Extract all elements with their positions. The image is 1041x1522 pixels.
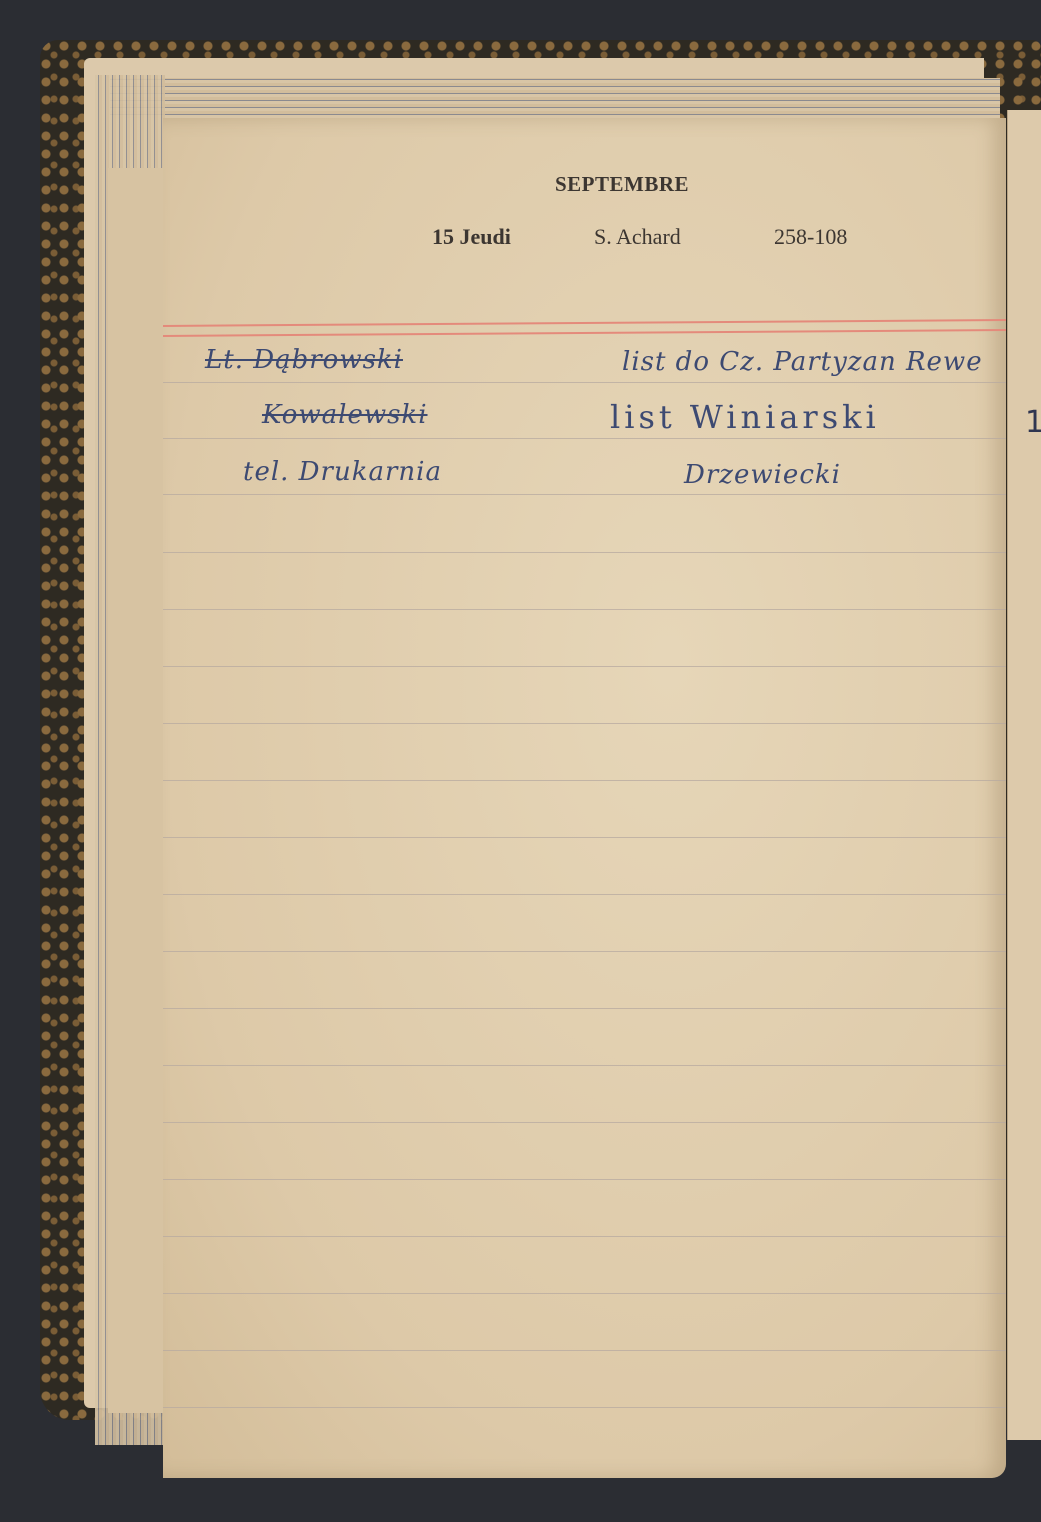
ruled-line: [163, 951, 1006, 952]
ruled-line: [163, 1350, 1006, 1351]
ruled-line: [163, 382, 1006, 383]
handwritten-entry-struck: Kowalewski: [262, 400, 428, 430]
facing-page: [1007, 110, 1041, 1440]
ruled-line: [163, 1293, 1006, 1294]
handwritten-entry-struck: Lt. Dąbrowski: [205, 345, 403, 375]
date-line: 15 Jeudi: [432, 224, 511, 250]
handwritten-entry: tel. Drukarnia: [243, 457, 442, 487]
ruled-line: [163, 1179, 1006, 1180]
ruled-line: [163, 552, 1006, 553]
ruled-line: [163, 894, 1006, 895]
ruled-line: [163, 494, 1006, 495]
diary-page: [163, 118, 1006, 1478]
ruled-line: [163, 1065, 1006, 1066]
ruled-line: [163, 438, 1006, 439]
month-heading: SEPTEMBRE: [555, 172, 689, 197]
ruled-line: [163, 666, 1006, 667]
ruled-line: [163, 1122, 1006, 1123]
saint-name: S. Achard: [594, 224, 681, 250]
ruled-line: [163, 1236, 1006, 1237]
page-edges-top: [110, 78, 1000, 118]
underlying-page-tab: [108, 168, 167, 1413]
day-number: 15: [432, 224, 454, 249]
ruled-line: [163, 1008, 1006, 1009]
red-rule-bottom: [163, 329, 1006, 337]
handwritten-entry: list do Cz. Partyzan Rewe: [622, 347, 983, 377]
ruled-line: [163, 1407, 1006, 1408]
facing-page-text-fragment: 1(: [1025, 405, 1041, 440]
handwritten-entry: list Winiarski: [610, 398, 880, 436]
day-counter: 258-108: [774, 224, 847, 250]
red-rule-top: [163, 319, 1006, 327]
handwritten-entry: Drzewiecki: [684, 460, 841, 490]
ruled-line: [163, 780, 1006, 781]
ruled-line: [163, 723, 1006, 724]
ruled-line: [163, 609, 1006, 610]
weekday: Jeudi: [460, 224, 511, 249]
ruled-line: [163, 837, 1006, 838]
